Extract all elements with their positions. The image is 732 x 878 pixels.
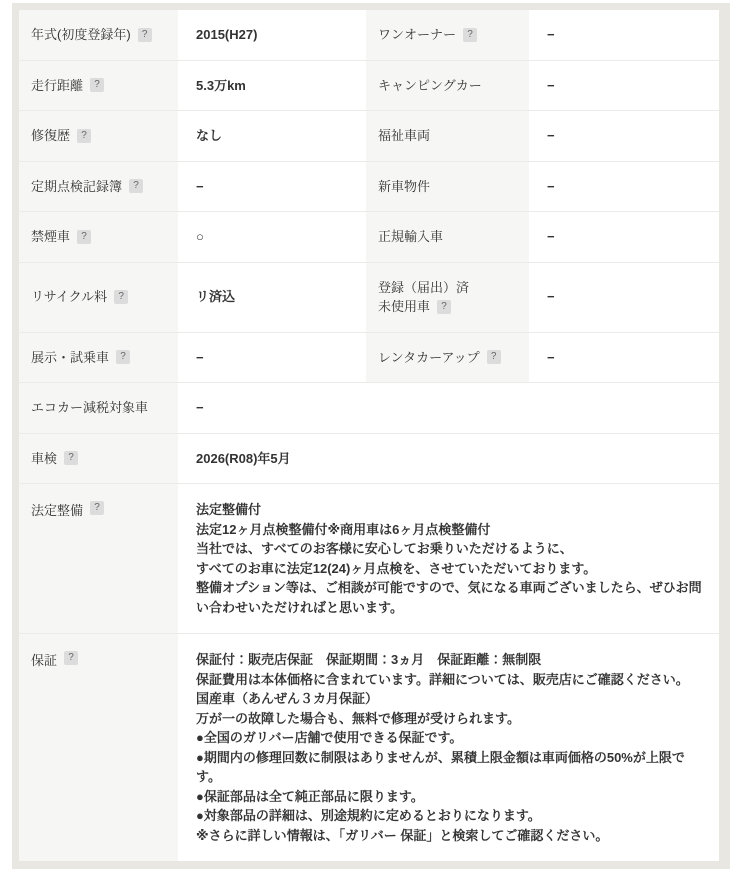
spec-row-mileage: 走行距離 ? 5.3万km キャンピングカー − [19,60,719,111]
spec-label-mileage: 走行距離 ? [19,61,178,111]
spec-value-warranty: 保証付：販売店保証 保証期間：3ヵ月 保証距離：無制限 保証費用は本体価格に含ま… [178,634,719,861]
spec-row-vehicle-inspection: 車検 ? 2026(R08)年5月 [19,433,719,484]
help-icon[interactable]: ? [114,290,128,304]
spec-value-maintenance-record: − [178,162,366,212]
spec-value-authorized-import: − [529,212,719,262]
help-icon[interactable]: ? [463,28,477,42]
spec-label-recycling-fee: リサイクル料 ? [19,263,178,332]
spec-label-welfare-vehicle: 福祉車両 [366,111,529,161]
spec-label-legal-maintenance: 法定整備 ? [19,484,178,633]
help-icon[interactable]: ? [64,651,78,665]
spec-label-text: 登録（届出）済 [378,278,469,298]
maintenance-line: 整備オプション等は、ご相談が可能ですので、気になる車両ございましたら、ぜひお問い… [196,578,707,617]
spec-row-repair-history: 修復歴 ? なし 福祉車両 − [19,110,719,161]
spec-label-text: リサイクル料 [31,287,107,307]
spec-value-welfare-vehicle: − [529,111,719,161]
spec-value-repair-history: なし [178,111,366,161]
spec-label-text: 走行距離 [31,76,83,96]
spec-label-rental-car-history: レンタカーアップ ? [366,333,529,383]
spec-row-model-year: 年式(初度登録年) ? 2015(H27) ワンオーナー ? − [19,10,719,60]
spec-row-legal-maintenance: 法定整備 ? 法定整備付 法定12ヶ月点検整備付※商用車は6ヶ月点検整備付 当社… [19,483,719,633]
spec-label-text: エコカー減税対象車 [31,398,148,418]
spec-label-text: 福祉車両 [378,126,430,146]
spec-label-text: 禁煙車 [31,227,70,247]
spec-label-text: 定期点検記録簿 [31,177,122,197]
spec-label-line2: 未使用車 ? [378,297,469,317]
help-icon[interactable]: ? [116,350,130,364]
spec-label-non-smoking: 禁煙車 ? [19,212,178,262]
spec-label-text: 年式(初度登録年) [31,25,131,45]
spec-label-text: 新車物件 [378,177,430,197]
spec-row-eco-tax-reduction: エコカー減税対象車 − [19,382,719,433]
warranty-line: ●全国のガリバー店舗で使用できる保証です。 [196,728,707,748]
warranty-line: ※さらに詳しい情報は、「ガリバー 保証」と検索してご確認ください。 [196,826,707,846]
spec-value-legal-maintenance: 法定整備付 法定12ヶ月点検整備付※商用車は6ヶ月点検整備付 当社では、すべての… [178,484,719,633]
spec-value-recycling-fee: リ済込 [178,263,366,332]
warranty-line: 保証費用は本体価格に含まれています。詳細については、販売店にご確認ください。 [196,670,707,690]
spec-label-display-test-drive-car: 展示・試乗車 ? [19,333,178,383]
spec-label-model-year: 年式(初度登録年) ? [19,10,178,60]
spec-value-model-year: 2015(H27) [178,10,366,60]
spec-value-camper: − [529,61,719,111]
spec-row-maintenance-record: 定期点検記録簿 ? − 新車物件 − [19,161,719,212]
spec-value-vehicle-inspection: 2026(R08)年5月 [178,434,719,484]
spec-label-camper: キャンピングカー [366,61,529,111]
spec-label-new-car-listing: 新車物件 [366,162,529,212]
spec-label-registered-unused-car: 登録（届出）済 未使用車 ? [366,263,529,332]
spec-label-one-owner: ワンオーナー ? [366,10,529,60]
help-icon[interactable]: ? [138,28,152,42]
spec-label-text: 法定整備 [31,501,83,521]
help-icon[interactable]: ? [77,129,91,143]
spec-label-text: レンタカーアップ [378,348,480,368]
maintenance-line: 法定12ヶ月点検整備付※商用車は6ヶ月点検整備付 [196,520,707,540]
spec-value-display-test-drive-car: − [178,333,366,383]
spec-label-text: 未使用車 [378,297,430,317]
maintenance-line: 法定整備付 [196,500,707,520]
spec-label-text: 正規輸入車 [378,227,443,247]
spec-label-text: キャンピングカー [378,76,482,96]
maintenance-line: すべてのお車に法定12(24)ヶ月点検を、させていただいております。 [196,559,707,579]
spec-value-rental-car-history: − [529,333,719,383]
warranty-line: ●対象部品の詳細は、別途規約に定めるとおりになります。 [196,806,707,826]
spec-label-text: 修復歴 [31,126,70,146]
spec-label-lines: 登録（届出）済 未使用車 ? [378,278,469,317]
spec-value-registered-unused-car: − [529,263,719,332]
warranty-line: ●期間内の修理回数に制限はありませんが、累積上限金額は車両価格の50%が上限です… [196,748,707,787]
help-icon[interactable]: ? [77,230,91,244]
spec-label-eco-tax-reduction: エコカー減税対象車 [19,383,178,433]
spec-label-warranty: 保証 ? [19,634,178,861]
spec-label-authorized-import: 正規輸入車 [366,212,529,262]
spec-label-maintenance-record: 定期点検記録簿 ? [19,162,178,212]
maintenance-line: 当社では、すべてのお客様に安心してお乗りいただけるように、 [196,539,707,559]
help-icon[interactable]: ? [437,300,451,314]
help-icon[interactable]: ? [487,350,501,364]
spec-value-new-car-listing: − [529,162,719,212]
warranty-line: 保証付：販売店保証 保証期間：3ヵ月 保証距離：無制限 [196,650,707,670]
spec-label-text: 車検 [31,449,57,469]
spec-row-recycling-fee: リサイクル料 ? リ済込 登録（届出）済 未使用車 ? − [19,262,719,332]
help-icon[interactable]: ? [64,451,78,465]
spec-row-display-test-drive-car: 展示・試乗車 ? − レンタカーアップ ? − [19,332,719,383]
spec-label-vehicle-inspection: 車検 ? [19,434,178,484]
vehicle-spec-table: 年式(初度登録年) ? 2015(H27) ワンオーナー ? − 走行距離 ? … [12,3,730,869]
spec-label-repair-history: 修復歴 ? [19,111,178,161]
warranty-line: 国産車（あんぜん３カ月保証） [196,689,707,709]
help-icon[interactable]: ? [129,179,143,193]
help-icon[interactable]: ? [90,78,104,92]
spec-value-mileage: 5.3万km [178,61,366,111]
spec-row-non-smoking: 禁煙車 ? ○ 正規輸入車 − [19,211,719,262]
spec-value-one-owner: − [529,10,719,60]
warranty-line: 万が一の故障した場合も、無料で修理が受けられます。 [196,709,707,729]
spec-value-eco-tax-reduction: − [178,383,719,433]
spec-row-warranty: 保証 ? 保証付：販売店保証 保証期間：3ヵ月 保証距離：無制限 保証費用は本体… [19,633,719,861]
spec-value-non-smoking: ○ [178,212,366,262]
help-icon[interactable]: ? [90,501,104,515]
warranty-line: ●保証部品は全て純正部品に限ります。 [196,787,707,807]
spec-label-text: 展示・試乗車 [31,348,109,368]
spec-label-text: 保証 [31,651,57,671]
spec-label-text: ワンオーナー [378,25,456,45]
